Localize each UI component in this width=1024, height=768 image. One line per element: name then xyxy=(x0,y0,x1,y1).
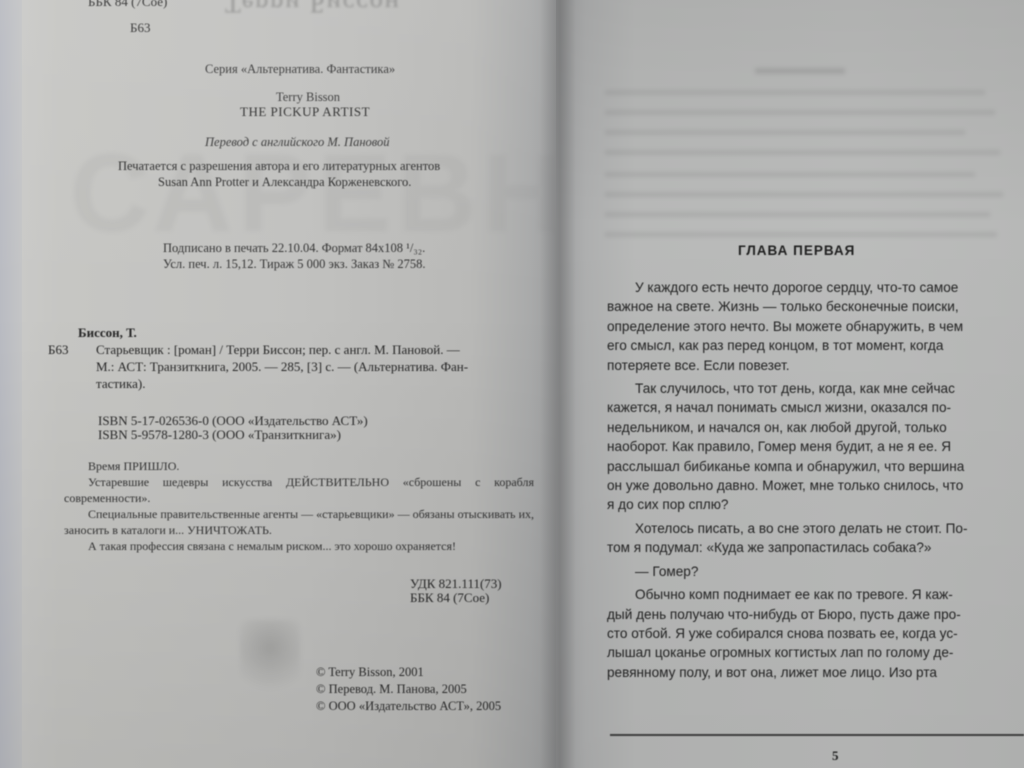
running-head-bleedthrough: Терри Биссон xyxy=(225,0,401,18)
body-line: — Гомер? xyxy=(607,562,1024,581)
body-line: ревянному полу, и вот она, лижет мое лиц… xyxy=(607,663,1024,682)
body-line: кажется, я начал понимать смысл жизни, о… xyxy=(607,398,1024,417)
copyright-line: © Перевод. М. Панова, 2005 xyxy=(316,681,501,698)
body-line: недельником, и начался он, как любой дру… xyxy=(607,418,1024,437)
isbn-block: ISBN 5-17-026536-0 (ООО «Издательство АС… xyxy=(98,414,368,442)
publisher-logo-icon xyxy=(240,620,300,700)
imprint-line: Усл. печ. л. 15,12. Тираж 5 000 экз. Зак… xyxy=(163,256,425,272)
footer-rule xyxy=(610,734,1024,736)
bbk-top: ББК 84 (7Сое) xyxy=(88,0,167,9)
body-line: дый день получаю что-нибудь от Бюро, пус… xyxy=(607,605,1024,624)
body-line: наоборот. Как правило, Гомер меня будит,… xyxy=(607,437,1024,456)
original-author: Terry Bisson xyxy=(276,90,340,105)
page-number: 5 xyxy=(832,748,839,764)
catalog-code-top: Б63 xyxy=(130,20,150,36)
original-title: THE PICKUP ARTIST xyxy=(240,104,370,120)
bleedthrough-text xyxy=(605,60,1005,240)
body-line: У каждого есть нечто дорогое сердцу, что… xyxy=(607,278,1024,297)
body-line: лышал цоканье огромных когтистых лап по … xyxy=(607,643,1024,662)
chapter-body: У каждого есть нечто дорогое сердцу, что… xyxy=(607,278,1024,682)
body-line: его смысл, как раз перед концом, в тот м… xyxy=(607,336,1024,355)
catalog-author: Биссон, Т. xyxy=(48,324,468,341)
isbn-line: ISBN 5-17-026536-0 (ООО «Издательство АС… xyxy=(98,414,368,428)
catalog-record: Биссон, Т. Б63Старьевщик : [роман] / Тер… xyxy=(48,324,468,392)
permission-notice: Печатается с разрешения автора и его лит… xyxy=(118,158,440,190)
copyright-block: © Terry Bisson, 2001 © Перевод. М. Панов… xyxy=(316,664,501,715)
body-line: том я подумал: «Куда же запропастилась с… xyxy=(607,538,1024,557)
left-page: Терри Биссон САРЕВНИК ББК 84 (7Сое) Б63 … xyxy=(0,0,560,768)
udk-bbk-codes: УДК 821.111(73) ББК 84 (7Сое) xyxy=(410,577,502,605)
catalog-line: тастика). xyxy=(48,375,468,392)
open-book-photo: Терри Биссон САРЕВНИК ББК 84 (7Сое) Б63 … xyxy=(0,0,1024,768)
catalog-line: Старьевщик : [роман] / Терри Биссон; пер… xyxy=(96,342,460,357)
isbn-line: ISBN 5-9578-1280-3 (ООО «Транзиткнига») xyxy=(98,428,368,442)
body-line: важное на свете. Жизнь — только бесконеч… xyxy=(607,297,1024,316)
print-imprint: Подписано в печать 22.10.04. Формат 84х1… xyxy=(163,240,425,272)
permission-line: Susan Ann Protter и Александра Корженевс… xyxy=(118,174,440,190)
chapter-title: ГЛАВА ПЕРВАЯ xyxy=(738,243,855,258)
series-name: Серия «Альтернатива. Фантастика» xyxy=(205,62,395,77)
body-line: я до сих пор сплю? xyxy=(607,495,1024,514)
imprint-line: Подписано в печать 22.10.04. Формат 84х1… xyxy=(163,240,425,256)
blurb-paragraph: Время ПРИШЛО. xyxy=(64,458,534,474)
body-line: он уже довольно давно. Может, мне только… xyxy=(607,476,1024,495)
copyright-line: © ООО «Издательство АСТ», 2005 xyxy=(316,698,501,715)
blurb-paragraph: А такая профессия связана с немалым риск… xyxy=(64,538,534,554)
annotation-blurb: Время ПРИШЛО. Устаревшие шедевры искусст… xyxy=(64,458,534,554)
permission-line: Печатается с разрешения автора и его лит… xyxy=(118,158,440,174)
translator-credit: Перевод с английского М. Пановой xyxy=(205,135,390,150)
body-line: сто отбой. Я уже собирался снова позвать… xyxy=(607,624,1024,643)
body-line: потеряете все. Если повезет. xyxy=(607,356,1024,375)
copyright-line: © Terry Bisson, 2001 xyxy=(316,664,501,681)
body-line: Так случилось, что тот день, когда, как … xyxy=(607,379,1024,398)
body-line: определение этого нечто. Вы можете обнар… xyxy=(607,317,1024,336)
blurb-paragraph: Устаревшие шедевры искусства ДЕЙСТВИТЕЛЬ… xyxy=(64,474,534,506)
blurb-paragraph: Специальные правительственные агенты — «… xyxy=(64,506,534,538)
body-line: Хотелось писать, а во сне этого делать н… xyxy=(607,519,1024,538)
udk-line: УДК 821.111(73) xyxy=(410,577,502,591)
bbk-line: ББК 84 (7Сое) xyxy=(410,591,502,605)
body-line: Обычно комп поднимает ее как по тревоге.… xyxy=(607,585,1024,604)
body-line: расслышал бибиканье компа и обнаружил, ч… xyxy=(607,457,1024,476)
book-gutter xyxy=(540,0,576,768)
catalog-code: Б63 xyxy=(48,341,96,358)
catalog-line: М.: АСТ: Транзиткнига, 2005. — 285, [3] … xyxy=(48,358,468,375)
